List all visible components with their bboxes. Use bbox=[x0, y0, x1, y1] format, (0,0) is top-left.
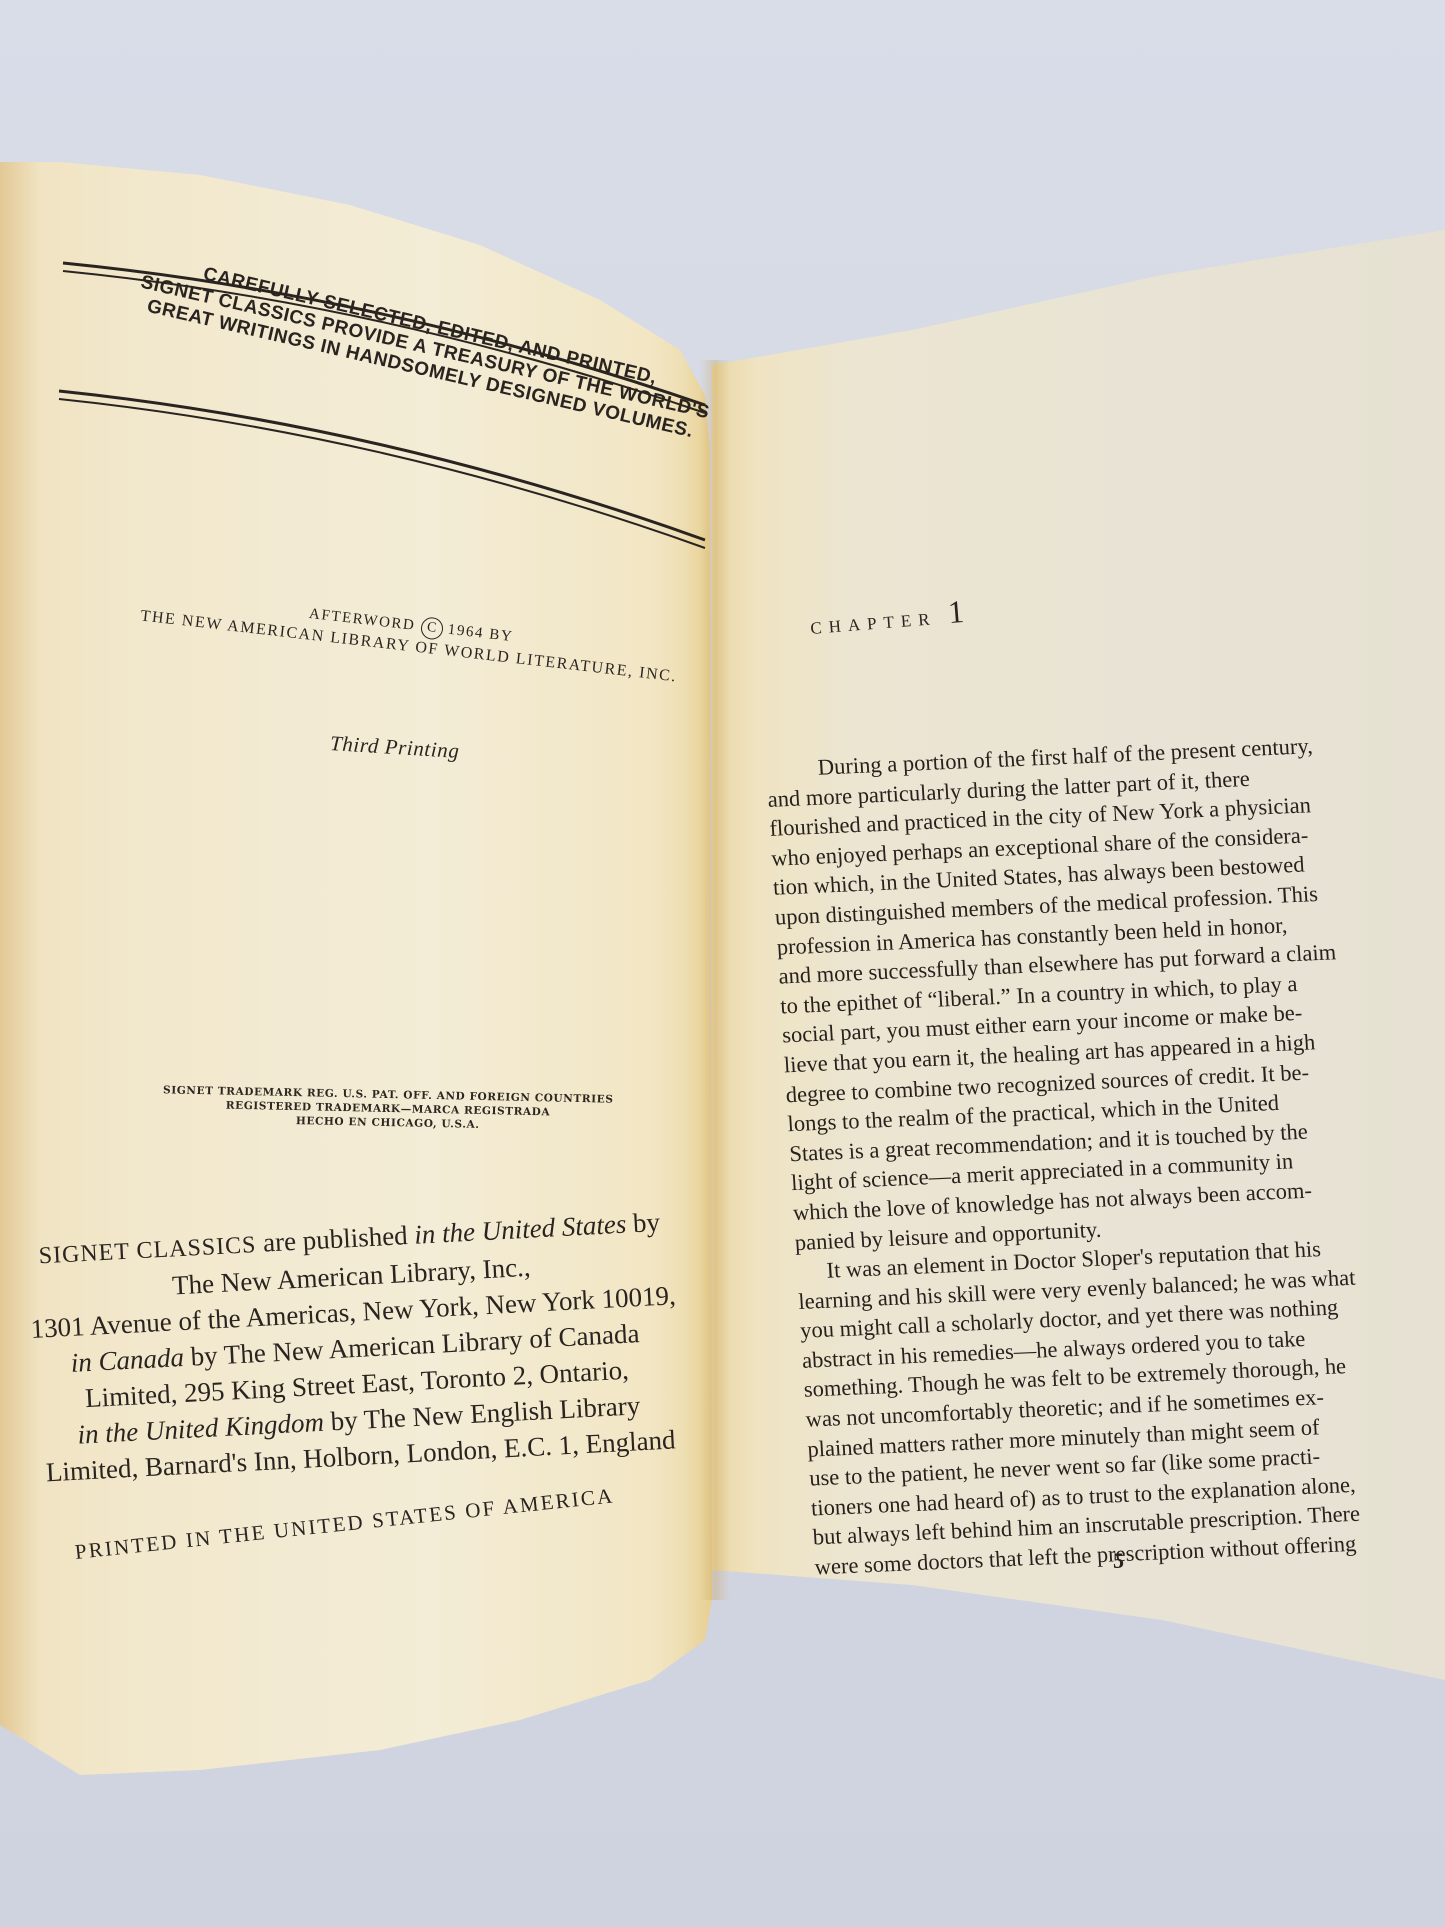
signet-classics-banner: CAREFULLY SELECTED, EDITED, AND PRINTED,… bbox=[55, 255, 715, 565]
chapter-body-text: During a portion of the first half of th… bbox=[765, 722, 1445, 1582]
copyright-icon: C bbox=[419, 616, 443, 640]
chapter-number: 1 bbox=[947, 593, 966, 630]
page-number: 5 bbox=[1113, 1548, 1124, 1574]
page-edge-shadow bbox=[0, 0, 40, 1927]
publisher-info: SIGNET CLASSICS are published in the Uni… bbox=[0, 1202, 716, 1493]
